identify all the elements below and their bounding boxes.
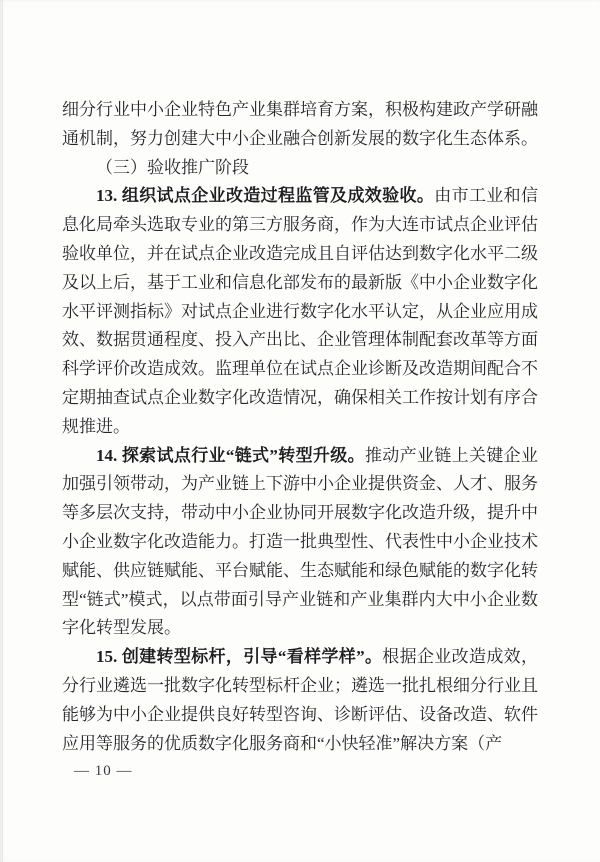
paragraph-continuation-text: 细分行业中小企业特色产业集群培育方案，积极构建政产学研融通机制，努力创建大中小企…: [62, 100, 538, 148]
paragraph-item-14: 14. 探索试点行业“链式”转型升级。推动产业链上关键企业加强引领带动，为产业链…: [62, 442, 538, 644]
item-13-body: 由市工业和信息化局牵头选取专业的第三方服务商，作为大连市试点企业评估验收单位，并…: [62, 186, 538, 435]
item-14-body: 推动产业链上关键企业加强引领带动，为产业链上下游中小企业提供资金、人才、服务等多…: [62, 446, 538, 638]
subsection-heading-text: （三）验收推广阶段: [96, 158, 249, 177]
paragraph-item-13: 13. 组织试点企业改造过程监管及成效验收。由市工业和信息化局牵头选取专业的第三…: [62, 182, 538, 441]
item-13-lead: 13. 组织试点企业改造过程监管及成效验收。: [96, 186, 434, 205]
paragraph-item-15: 15. 创建转型标杆，引导“看样学样”。根据企业改造成效，分行业遴选一批数字化转…: [62, 643, 538, 758]
paragraph-continuation: 细分行业中小企业特色产业集群培育方案，积极构建政产学研融通机制，努力创建大中小企…: [62, 96, 538, 154]
page-number: — 10 —: [74, 763, 133, 780]
scanned-document-page: { "page": { "number_label": "— 10 —" }, …: [0, 0, 600, 862]
document-body-text: 细分行业中小企业特色产业集群培育方案，积极构建政产学研融通机制，努力创建大中小企…: [62, 96, 538, 758]
document-page-background: 细分行业中小企业特色产业集群培育方案，积极构建政产学研融通机制，努力创建大中小企…: [0, 0, 600, 862]
subsection-heading: （三）验收推广阶段: [62, 154, 538, 183]
item-14-lead: 14. 探索试点行业“链式”转型升级。: [96, 446, 365, 465]
item-15-lead: 15. 创建转型标杆，引导“看样学样”。: [96, 647, 382, 666]
